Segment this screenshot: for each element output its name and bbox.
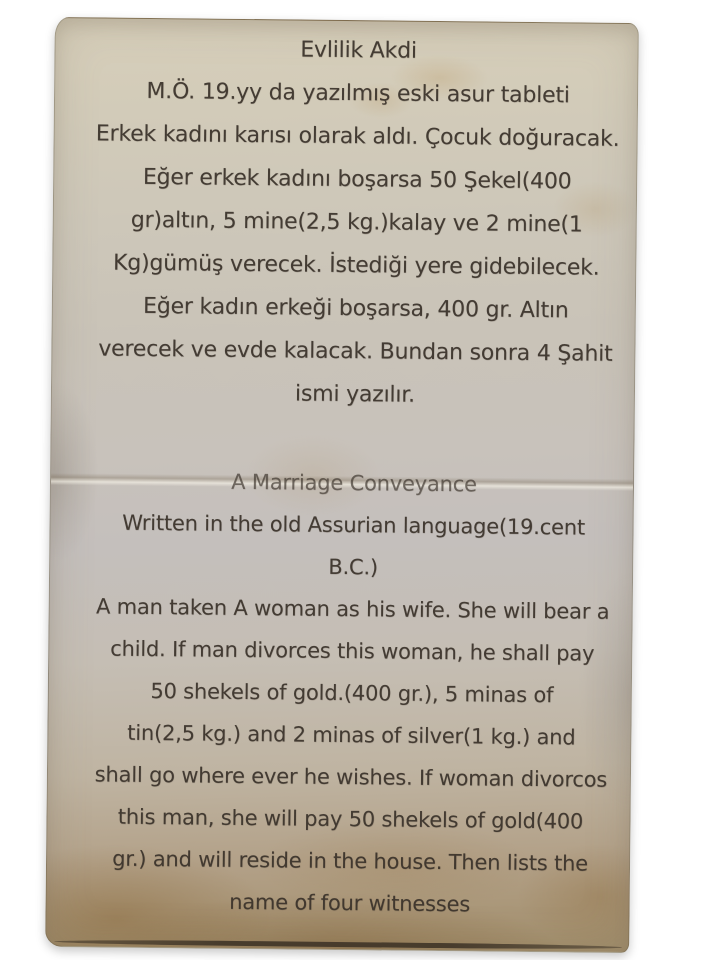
english-section: A Marriage Conveyance Written in the old…: [46, 459, 633, 927]
turkish-line: Eğer erkek kadını boşarsa 50 Şekel(400: [80, 155, 634, 204]
english-line: this man, she will pay 50 shekels of gol…: [73, 795, 627, 843]
english-line: A man taken A woman as his wife. She wil…: [75, 585, 629, 633]
turkish-section: Evlilik Akdi M.Ö. 19.yy da yazılmış eski…: [52, 26, 638, 419]
turkish-title: Evlilik Akdi: [81, 26, 635, 75]
english-line: Written in the old Assurian language(19.…: [76, 501, 630, 549]
paper-note: Evlilik Akdi M.Ö. 19.yy da yazılmış eski…: [45, 17, 639, 953]
english-title: A Marriage Conveyance: [77, 459, 631, 507]
paper-bottom-edge-shadow: [54, 939, 622, 950]
turkish-line: Erkek kadını karısı olarak aldı. Çocuk d…: [80, 112, 634, 161]
english-line: tin(2,5 kg.) and 2 minas of silver(1 kg.…: [74, 711, 628, 759]
english-line: shall go where ever he wishes. If woman …: [74, 753, 628, 801]
turkish-line: M.Ö. 19.yy da yazılmış eski asur tableti: [81, 69, 635, 118]
turkish-line: Kg)gümüş verecek. İstediği yere gidebile…: [79, 241, 633, 290]
english-line: 50 shekels of gold.(400 gr.), 5 minas of: [75, 669, 629, 717]
english-line: gr.) and will reside in the house. Then …: [73, 837, 627, 885]
english-line: name of four witnesses: [72, 879, 626, 927]
turkish-line: gr)altın, 5 mine(2,5 kg.)kalay ve 2 mine…: [80, 198, 634, 247]
turkish-line: ismi yazılır.: [78, 370, 632, 419]
photo-background: Evlilik Akdi M.Ö. 19.yy da yazılmış eski…: [0, 0, 720, 960]
english-line: child. If man divorces this woman, he sh…: [75, 627, 629, 675]
turkish-line: verecek ve evde kalacak. Bundan sonra 4 …: [78, 327, 632, 376]
english-line: B.C.): [76, 543, 630, 591]
turkish-line: Eğer kadın erkeği boşarsa, 400 gr. Altın: [79, 284, 633, 333]
